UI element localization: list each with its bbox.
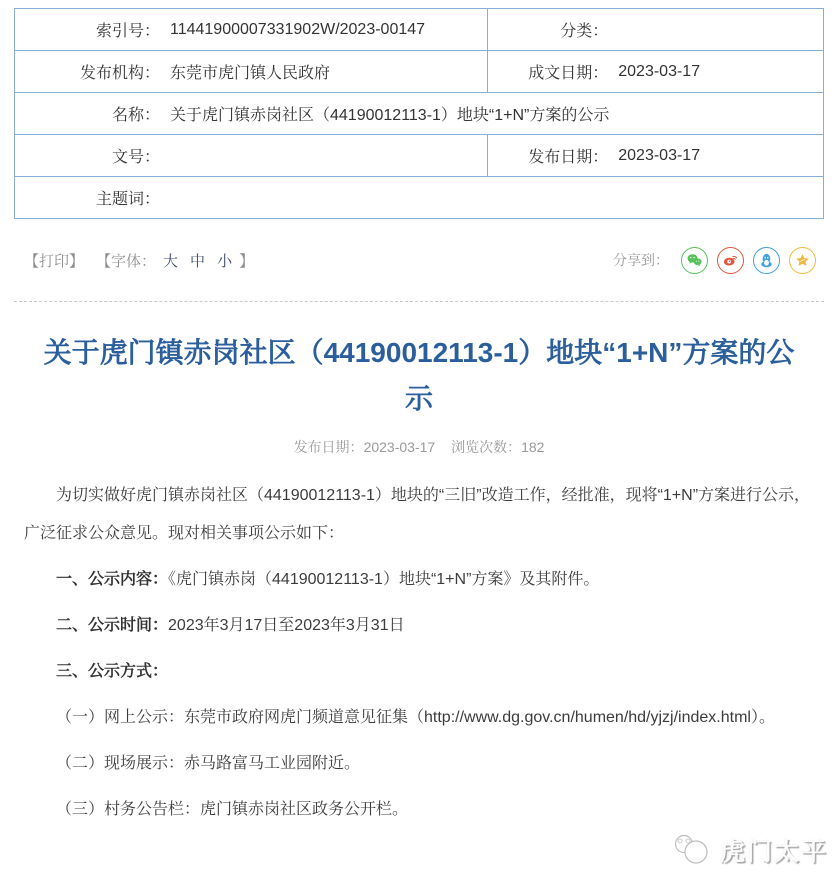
font-size-large-button[interactable]: 大 [163, 250, 178, 271]
paragraph-content: 一、公示内容：《虎门镇赤岗（44190012113-1）地块“1+N”方案》及其… [24, 561, 814, 599]
index-number-cell: 索引号： 11441900007331902W/2023-00147 [15, 9, 488, 51]
paragraph-text: （二）现场展示：赤马路富马工业园附近。 [56, 755, 360, 772]
index-number-label: 索引号： [15, 18, 160, 41]
weibo-icon [722, 252, 739, 269]
wechat-icon [686, 252, 703, 269]
document-info-table: 索引号： 11441900007331902W/2023-00147 分类： 发… [14, 8, 824, 219]
page: 索引号： 11441900007331902W/2023-00147 分类： 发… [0, 0, 838, 876]
document-name-label: 名称： [15, 102, 160, 125]
paragraph-intro: 为切实做好虎门镇赤岗社区（44190012113-1）地块的“三旧”改造工作，经… [24, 477, 814, 553]
document-number-cell: 文号： [15, 135, 488, 177]
document-name-value: 关于虎门镇赤岗社区（44190012113-1）地块“1+N”方案的公示 [170, 102, 609, 125]
article-view-count: 浏览次数：182 [451, 439, 544, 455]
paragraph-method: 三、公示方式： [24, 653, 814, 691]
paragraph-text: 《虎门镇赤岗（44190012113-1）地块“1+N”方案》及其附件。 [168, 571, 599, 588]
document-name-cell: 名称： 关于虎门镇赤岗社区（44190012113-1）地块“1+N”方案的公示 [15, 93, 824, 135]
table-row: 文号： 发布日期： 2023-03-17 [15, 135, 824, 177]
paragraph-text: （一）网上公示：东莞市政府网虎门频道意见征集（http://www.dg.gov… [56, 709, 775, 726]
dashed-divider [14, 301, 824, 302]
article-body: 为切实做好虎门镇赤岗社区（44190012113-1）地块的“三旧”改造工作，经… [0, 457, 838, 829]
font-size-suffix: 】 [239, 250, 254, 271]
share-label: 分享到： [613, 250, 669, 270]
watermark: 虎门太平 [669, 832, 828, 868]
paragraph-lead: 一、公示内容： [56, 571, 168, 588]
paragraph-onsite: （二）现场展示：赤马路富马工业园附近。 [24, 745, 814, 783]
qq-icon [758, 252, 775, 269]
subject-words-label: 主题词： [15, 186, 160, 209]
table-row: 发布机构： 东莞市虎门镇人民政府 成文日期： 2023-03-17 [15, 51, 824, 93]
table-row: 索引号： 11441900007331902W/2023-00147 分类： [15, 9, 824, 51]
share-bar: 分享到： [613, 247, 816, 274]
paragraph-text: 为切实做好虎门镇赤岗社区（44190012113-1）地块的“三旧”改造工作，经… [24, 487, 810, 542]
article-meta: 发布日期：2023-03-17 浏览次数：182 [0, 437, 838, 457]
written-date-label: 成文日期： [488, 60, 608, 83]
issuing-agency-label: 发布机构： [15, 60, 160, 83]
written-date-value: 2023-03-17 [618, 63, 700, 81]
article-publish-date: 发布日期：2023-03-17 [294, 439, 436, 455]
paragraph-text: 2023年3月17日至2023年3月31日 [168, 617, 405, 634]
paragraph-text: （三）村务公告栏：虎门镇赤岗社区政务公开栏。 [56, 801, 408, 818]
written-date-cell: 成文日期： 2023-03-17 [488, 51, 824, 93]
watermark-text: 虎门太平 [720, 832, 828, 868]
font-size-prefix: 【字体： [96, 250, 156, 271]
paragraph-lead: 三、公示方式： [56, 663, 168, 680]
index-number-value: 11441900007331902W/2023-00147 [170, 21, 425, 39]
font-size-small-button[interactable]: 小 [217, 250, 232, 271]
paragraph-lead: 二、公示时间： [56, 617, 168, 634]
article-view-count-label: 浏览次数： [451, 439, 521, 455]
subject-words-cell: 主题词： [15, 177, 824, 219]
print-font-controls: 【打印】 【字体： 大 中 小 】 [24, 250, 254, 271]
category-label: 分类： [488, 18, 608, 41]
tiger-logo-icon [669, 832, 715, 868]
qzone-share-button[interactable] [789, 247, 816, 274]
weibo-share-button[interactable] [717, 247, 744, 274]
toolbar: 【打印】 【字体： 大 中 小 】 分享到： [0, 245, 838, 275]
wechat-share-button[interactable] [681, 247, 708, 274]
category-cell: 分类： [488, 9, 824, 51]
font-size-medium-button[interactable]: 中 [190, 250, 205, 271]
article-publish-date-value: 2023-03-17 [364, 439, 436, 455]
issuing-agency-value: 东莞市虎门镇人民政府 [170, 60, 330, 83]
print-button[interactable]: 【打印】 [24, 250, 84, 271]
table-row: 主题词： [15, 177, 824, 219]
paragraph-time: 二、公示时间：2023年3月17日至2023年3月31日 [24, 607, 814, 645]
publish-date-label: 发布日期： [488, 144, 608, 167]
publish-date-cell: 发布日期： 2023-03-17 [488, 135, 824, 177]
paragraph-online: （一）网上公示：东莞市政府网虎门频道意见征集（http://www.dg.gov… [24, 699, 814, 737]
qq-share-button[interactable] [753, 247, 780, 274]
qzone-star-icon [794, 252, 811, 269]
paragraph-board: （三）村务公告栏：虎门镇赤岗社区政务公开栏。 [24, 791, 814, 829]
issuing-agency-cell: 发布机构： 东莞市虎门镇人民政府 [15, 51, 488, 93]
article-publish-date-label: 发布日期： [294, 439, 364, 455]
article-title: 关于虎门镇赤岗社区（44190012113-1）地块“1+N”方案的公示 [34, 330, 804, 422]
table-row: 名称： 关于虎门镇赤岗社区（44190012113-1）地块“1+N”方案的公示 [15, 93, 824, 135]
article-view-count-value: 182 [521, 439, 544, 455]
publish-date-value: 2023-03-17 [618, 147, 700, 165]
document-number-label: 文号： [15, 144, 160, 167]
